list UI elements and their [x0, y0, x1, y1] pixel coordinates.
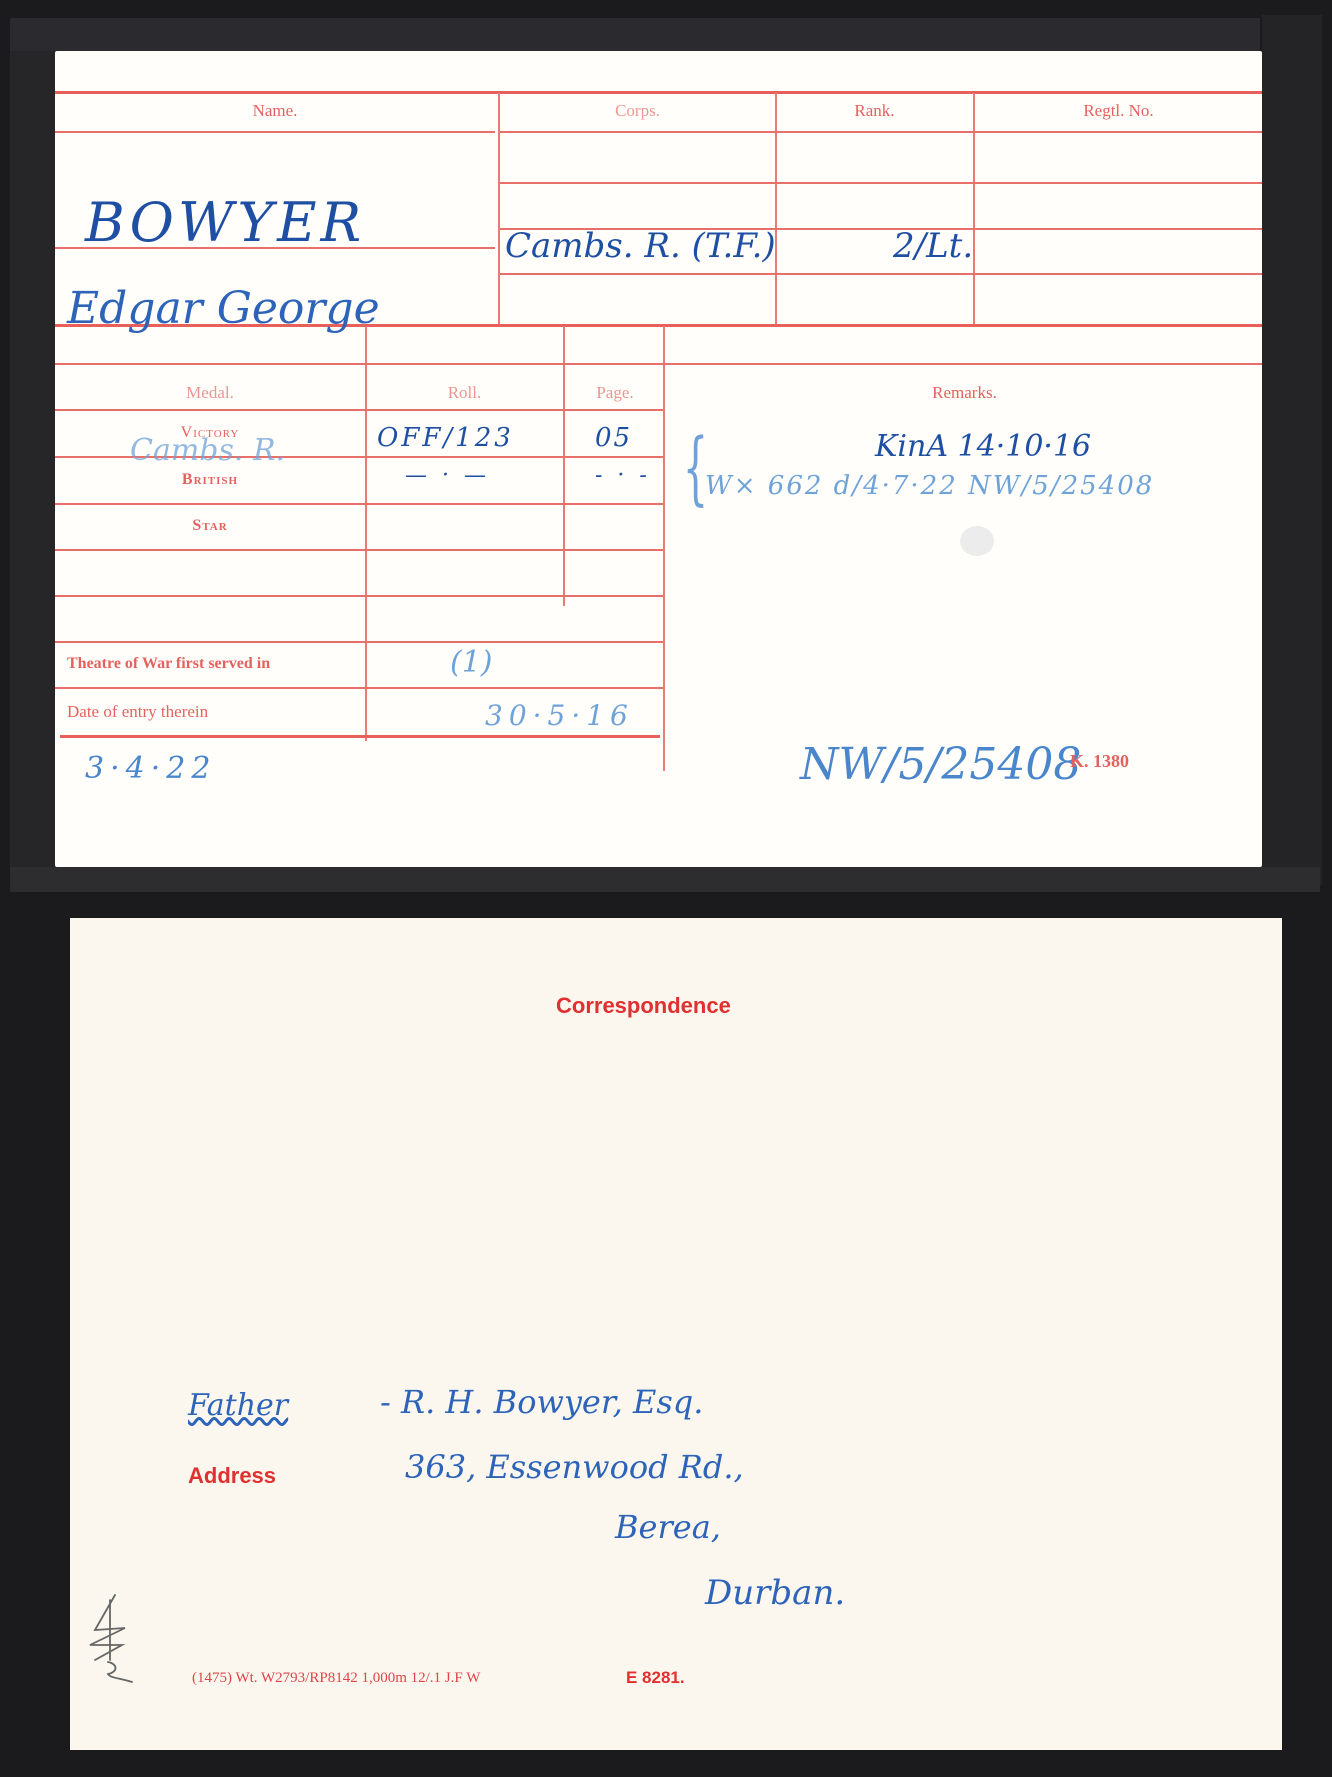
- label-medal: Medal.: [55, 383, 365, 403]
- roll-british-value: — · —: [405, 463, 490, 488]
- label-rank: Rank.: [777, 101, 972, 121]
- imprint-code: E 8281.: [626, 1668, 685, 1688]
- medal-star: Star: [55, 517, 365, 535]
- divider-medal-roll: [365, 326, 367, 741]
- divider-page-remarks: [663, 326, 665, 771]
- medal-annotation-handwritten: Cambs. R.: [130, 433, 285, 468]
- address-prefix-handwritten: Father: [188, 1388, 288, 1423]
- address-line-2: 363, Essenwood Rd.,: [405, 1448, 744, 1486]
- rule-right-2: [500, 182, 1262, 184]
- date-of-entry-value: 30·5·16: [485, 699, 634, 732]
- pencil-initials-mark-icon: [80, 1590, 140, 1690]
- medal-index-card-back: Correspondence Father Address - R. H. Bo…: [70, 918, 1282, 1750]
- label-corps: Corps.: [500, 101, 775, 121]
- rule-right-4: [500, 273, 1262, 275]
- label-name: Name.: [55, 101, 495, 121]
- rule-medal-row-5: [55, 595, 663, 597]
- rule-theatre-bottom: [55, 687, 663, 689]
- divider-rank-regtl: [973, 93, 975, 325]
- medal-index-card-front: Name. Corps. Rank. Regtl. No. BOWYER Edg…: [55, 51, 1262, 867]
- remarks-killed-in-action: KinA 14·10·16: [875, 429, 1091, 464]
- label-date-of-entry: Date of entry therein: [67, 702, 208, 722]
- form-number: K. 1380: [1070, 751, 1129, 772]
- label-page: Page.: [565, 383, 665, 403]
- scan-background-top: [10, 18, 1260, 51]
- rule-date-bottom: [60, 735, 660, 738]
- rule-right-1: [500, 131, 1262, 133]
- rule-medal-row-1: [55, 409, 663, 411]
- bottom-reference-number: NW/5/25408: [800, 739, 1081, 790]
- theatre-value: (1): [450, 645, 493, 680]
- rule-medal-row-4: [55, 549, 663, 551]
- rank-handwritten: 2/Lt.: [893, 226, 973, 266]
- header-top-rule: [55, 91, 1262, 94]
- divider-corps-rank: [775, 93, 777, 325]
- surname-handwritten: BOWYER: [85, 191, 365, 254]
- divider-roll-page: [563, 326, 565, 606]
- page-british-value: - · -: [595, 463, 651, 488]
- medal-british: British: [55, 471, 365, 489]
- rule-medal-row-6: [55, 641, 663, 643]
- address-label: Address: [188, 1463, 276, 1489]
- rule-medal-header: [55, 363, 1262, 365]
- remarks-correspondence-ref: W× 662 d/4·7·22 NW/5/25408: [705, 471, 1154, 501]
- rule-name-1: [55, 131, 495, 133]
- page-victory-value: 05: [595, 423, 632, 453]
- address-line-4: Durban.: [705, 1573, 845, 1613]
- label-roll: Roll.: [367, 383, 562, 403]
- remarks-smudge: [960, 526, 994, 556]
- address-line-1: - R. H. Bowyer, Esq.: [380, 1383, 703, 1421]
- scan-background-left: [10, 20, 55, 880]
- label-regtl-no: Regtl. No.: [975, 101, 1262, 121]
- scan-background-right: [1262, 15, 1322, 885]
- divider-name-corps: [498, 93, 500, 325]
- correspondence-title: Correspondence: [556, 993, 731, 1019]
- label-remarks: Remarks.: [667, 383, 1262, 403]
- address-line-3: Berea,: [615, 1508, 721, 1546]
- rule-medal-row-3: [55, 503, 663, 505]
- bottom-left-date: 3·4·22: [85, 751, 216, 786]
- forenames-handwritten: Edgar George: [67, 283, 380, 334]
- scan-background-divider: [10, 867, 1320, 892]
- printer-imprint: (1475) Wt. W2793/RP8142 1,000m 12/.1 J.F…: [192, 1670, 480, 1687]
- corps-handwritten: Cambs. R. (T.F.): [505, 226, 776, 266]
- roll-victory-value: OFF/123: [377, 423, 514, 453]
- label-theatre-of-war: Theatre of War first served in: [67, 655, 270, 673]
